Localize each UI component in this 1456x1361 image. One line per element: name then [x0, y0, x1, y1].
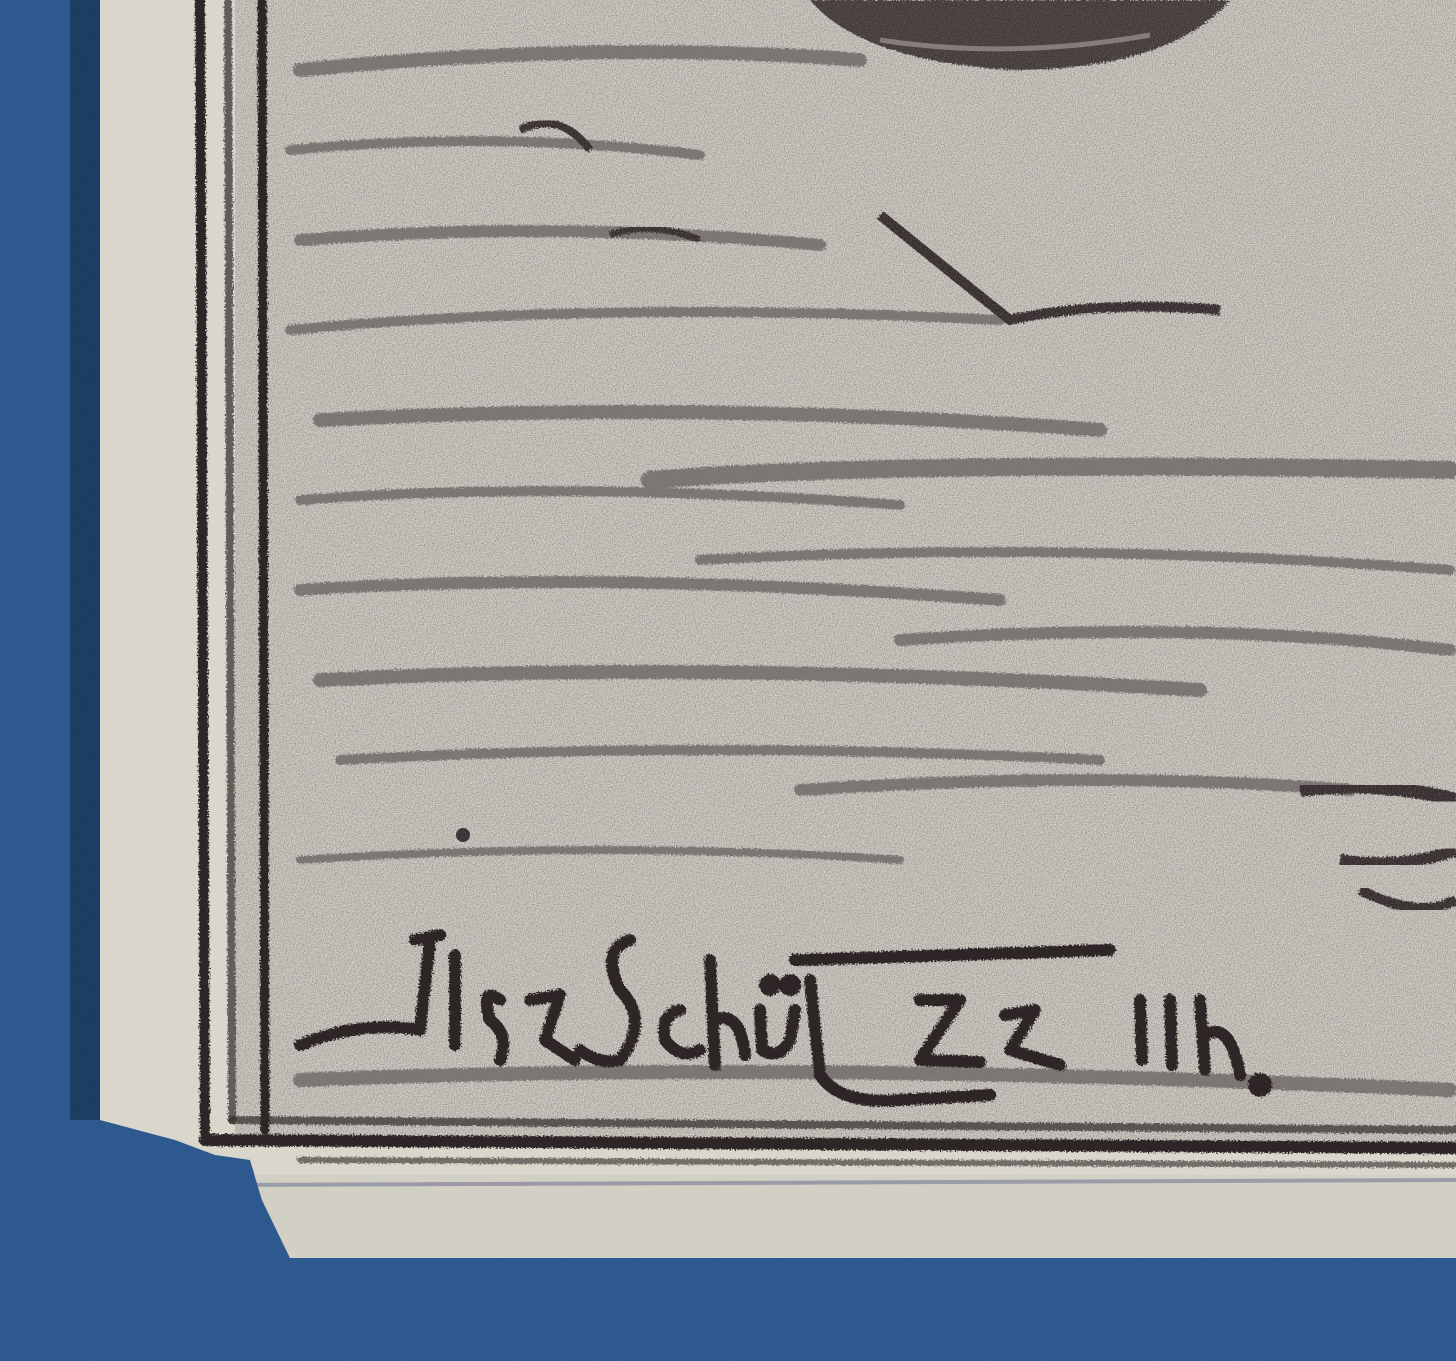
print-area [235, 0, 1456, 1145]
lithograph-svg [0, 0, 1456, 1361]
artwork-photo: Ilse Schütze lith. Corner of a lithograp… [0, 0, 1456, 1361]
